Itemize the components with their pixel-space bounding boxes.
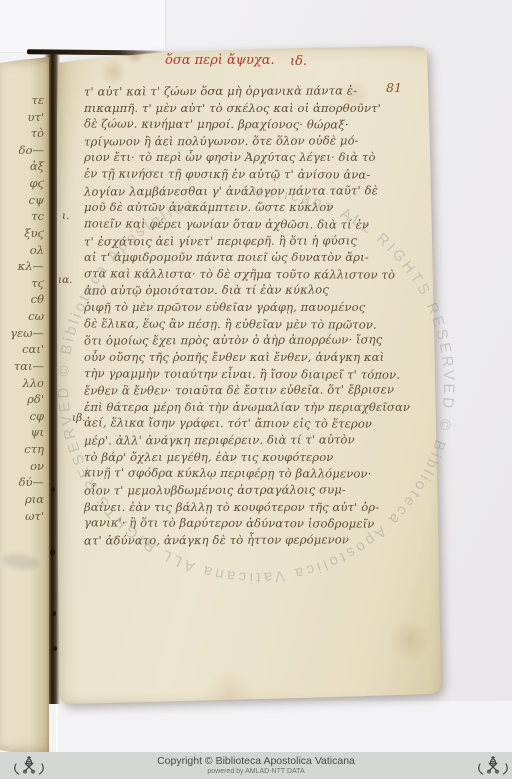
facing-page-line-ending: τϛ xyxy=(31,276,44,291)
facing-page-line-ending: υτ' xyxy=(27,110,44,125)
manuscript-page: ὅσα περὶ ἄψυχα. ιδ. 81 τ' αὐτ' καὶ τ' ζώ… xyxy=(50,40,450,710)
powered-by-text: powered by AMLAD-NTT DATA xyxy=(157,768,355,775)
marginal-problem-number: ιβ. xyxy=(72,412,86,424)
facing-page-line-ending: κλ— xyxy=(18,259,44,274)
facing-page-line-ending: δο— xyxy=(19,143,44,158)
facing-page-line-ending: ωτ' xyxy=(25,509,44,524)
manuscript-line: ριον ἔτι· τὸ περὶ ὧν φησὶν Ἀρχύτας λέγει… xyxy=(84,150,376,164)
digitized-manuscript-view: τευτ'τὸδο—ἀξφϛϲψτϲξυϛολκλ—τϛϲθϲωγεω—ϲαι'… xyxy=(0,0,512,779)
manuscript-line: αἱ τ' ἀμφιδρομοῦν πάντα ποιεῖ ὡς δυνατὸν… xyxy=(84,250,369,264)
manuscript-line: τρίγωνον ἢ ἀεὶ πολύγωνον. ὅτε ὅλον οὐδὲ … xyxy=(84,133,359,148)
facing-page-line-ending: ϲθ xyxy=(31,292,44,307)
facing-page-line-ending: γεω— xyxy=(10,326,44,341)
facing-page-line-ending: ξυϛ xyxy=(24,226,44,241)
facing-page-line-ending: ολ xyxy=(30,243,44,258)
manuscript-line: τὴν γραμμὴν τοιαύτην εἶναι. ἢ ἴσον διαιρ… xyxy=(84,366,400,381)
marginal-problem-number: ια. xyxy=(58,274,73,286)
facing-page-line-ending: ϲω xyxy=(28,309,44,324)
manuscript-line: κινῇ τ' σφόδρα κύκλῳ περιφέρῃ τὸ βαλλόμε… xyxy=(84,466,371,481)
facing-page-line-ending: δύ— xyxy=(19,475,44,490)
manuscript-line: τ' αὐτ' καὶ τ' ζώων ὅσα μὴ ὀργανικὰ πάντ… xyxy=(84,83,357,98)
marginal-problem-number: ι. xyxy=(62,210,69,222)
manuscript-line: ἐν τῇ κινήσει τῇ φυσικῇ ἐν αὐτῷ τ' ἀνίσο… xyxy=(84,166,370,181)
facing-page-line-ending: ϲψ xyxy=(29,193,44,208)
manuscript-line: ἔνθεν ἃ ἔνθεν· τοιαῦτα δὲ ἔστιν εὐθεῖα. … xyxy=(84,382,394,397)
manuscript-line: τ' ἐσχάτοις ἀεὶ γίνετ' περιφερῆ. ἢ ὅτι ἡ… xyxy=(84,233,357,248)
manuscript-line: βαίνει. ἐὰν τις βάλλῃ τὸ κουφότερον τῆς … xyxy=(84,500,379,514)
copyright-text: Copyright © Biblioteca Apostolica Vatica… xyxy=(157,756,355,767)
watermark-fragment xyxy=(1,552,41,571)
facing-page-line-ending: ον xyxy=(30,459,44,474)
page-shadow-wrapper: ὅσα περὶ ἄψυχα. ιδ. 81 τ' αὐτ' καὶ τ' ζώ… xyxy=(50,40,450,710)
facing-page-line-ending: ψι xyxy=(30,425,44,440)
facing-page-line-ending: ϲφ xyxy=(30,409,45,424)
manuscript-line: οἷον τ' μεμολυβδωμένοις ἀστραγάλοις συμ- xyxy=(84,482,346,497)
manuscript-line: πικαμπῆ. τ' μὲν αὐτ' τὸ σκέλος καὶ οἱ ἀπ… xyxy=(84,101,381,115)
facing-page-line-ending: τϲ xyxy=(31,209,44,224)
copyright-footer-bar: Copyright © Biblioteca Apostolica Vatica… xyxy=(0,752,512,779)
manuscript-line: ἀεί, ἕλικα ἴσην γράφει. τότ' ἄπιον εἰς τ… xyxy=(84,416,372,431)
facing-page-line-ending: ἀξ xyxy=(30,159,44,174)
manuscript-line: μέρ'. ἀλλ' ἀνάγκη περιφέρειν. διὰ τί τ' … xyxy=(84,432,355,447)
rubric-running-title: ὅσα περὶ ἄψυχα. xyxy=(165,53,275,68)
manuscript-line: ῥιφῇ τὸ μὲν πρῶτον εὐθεῖαν γράφῃ, παυομέ… xyxy=(84,300,365,314)
manuscript-text-block: τ' αὐτ' καὶ τ' ζώων ὅσα μὴ ὀργανικὰ πάντ… xyxy=(84,84,402,564)
facing-page-line-ending: ται— xyxy=(14,359,44,374)
manuscript-line: στα καὶ κάλλιστα· τὸ δὲ σχῆμα τοῦτο κάλλ… xyxy=(84,266,395,281)
facing-page-line-ending: ϲτη xyxy=(24,442,44,457)
footer-text: Copyright © Biblioteca Apostolica Vatica… xyxy=(157,756,355,776)
facing-page-edge: τευτ'τὸδο—ἀξφϛϲψτϲξυϛολκλ—τϛϲθϲωγεω—ϲαι'… xyxy=(0,57,49,752)
manuscript-line: δὲ ἕλικα, ἕως ἂν πέσῃ. ἢ εὐθεῖαν μὲν τὸ … xyxy=(84,316,377,331)
facing-page-line-ending: φϛ xyxy=(30,176,45,191)
facing-page-line-ending: λλο xyxy=(22,376,44,391)
facing-page-line-ending: τε xyxy=(31,93,44,108)
manuscript-line: τὸ βάρ' ὄχλει μεγέθη, ἐὰν τις κουφότερον xyxy=(84,450,333,464)
manuscript-line: δὲ ζώων. κινήματ' μηροί. βραχίονος· θώρα… xyxy=(84,117,349,132)
rubric-section-number: ιδ. xyxy=(290,54,307,69)
manuscript-line: μοῦ δὲ αὐτῶν ἀνακάμπτειν. ὥστε κύκλον xyxy=(84,200,334,214)
manuscript-line: ἐπὶ θάτερα μέρη διὰ τὴν ἀνωμαλίαν τὴν πε… xyxy=(84,400,410,414)
manuscript-photo: τευτ'τὸδο—ἀξφϛϲψτϲξυϛολκλ—τϛϲθϲωγεω—ϲαι'… xyxy=(0,0,512,752)
manuscript-line: ἀπὸ αὐτῷ ὁμοιότατον. διὰ τί ἐὰν κύκλος xyxy=(84,283,329,298)
vatican-library-logo xyxy=(476,755,510,777)
manuscript-line: λογίαν λαμβάνεσθαι γ' ἀνάλογον πάντα ταῦ… xyxy=(84,183,378,198)
manuscript-line: ατ' ἀδύνατο, ἀνάγκη δὲ τὸ ἧττον φερόμενο… xyxy=(84,532,349,547)
facing-page-line-ending: ϲαι' xyxy=(22,342,44,357)
manuscript-line: ποιεῖν καὶ φέρει γωνίαν ὅταν ἀχθῶσι. διὰ… xyxy=(84,216,369,231)
manuscript-line: οὖν οὔσης τῆς ῥοπῆς ἔνθεν καὶ ἔνθεν, ἀνά… xyxy=(84,350,384,364)
manuscript-line: ὅτι ὁμοίως ἔχει πρὸς αὐτὸν ὁ ἀὴρ ἀπορρέω… xyxy=(84,333,382,348)
facing-page-line-ending: ρια xyxy=(25,492,44,507)
vatican-library-logo xyxy=(12,755,46,777)
facing-page-line-ending: ρδ' xyxy=(27,392,44,407)
manuscript-line: γανικ'· ἢ ὅτι τὸ βαρύτερον ἀδύνατον ἰσοδ… xyxy=(84,515,374,530)
facing-page-line-ending: τὸ xyxy=(31,126,44,141)
